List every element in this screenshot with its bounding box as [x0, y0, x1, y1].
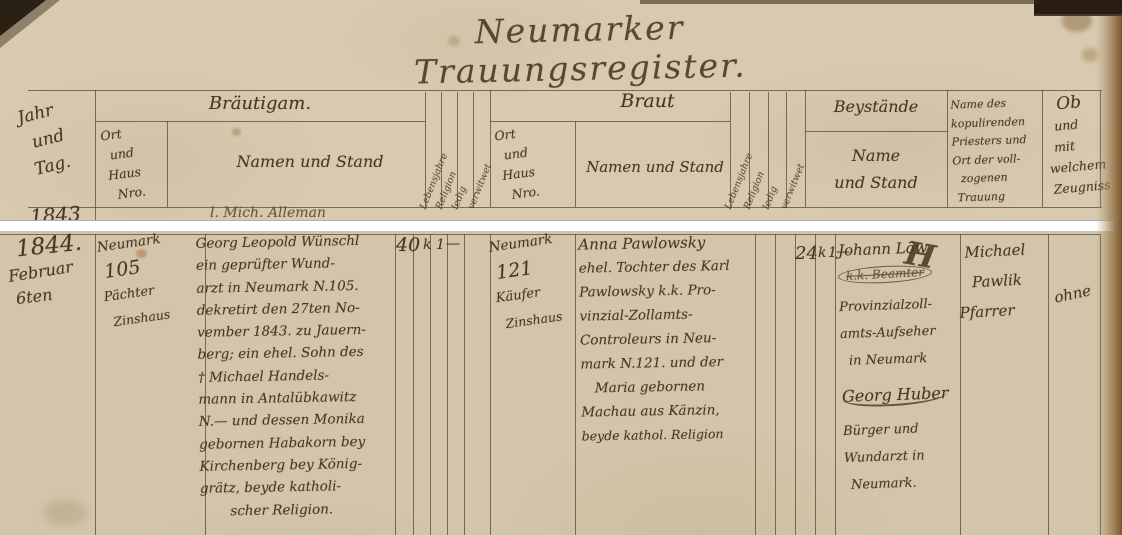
entry-groom-place: Neumark 105 Pächter Zinshaus — [95, 227, 172, 335]
header-witnesses-group: Beystände — [805, 97, 947, 116]
entry-bride-religion: k — [818, 245, 826, 261]
header-bride-name-stand: Namen und Stand — [580, 158, 730, 176]
header-priest-line: Trauung — [953, 186, 1046, 208]
entry-witness-2-name: Georg Huber — [842, 383, 949, 406]
entry-bride-line: beyde kathol. Religion — [581, 421, 761, 448]
column-rule — [430, 234, 431, 535]
column-rule — [1048, 234, 1049, 535]
entry-bride-line: Controleurs in Neu- — [580, 325, 760, 352]
table-rule — [95, 121, 425, 122]
entry-groom-line: scher Religion. — [200, 497, 405, 523]
book-edge-dark — [1034, 0, 1122, 16]
entry-groom-widowed: — — [446, 236, 460, 252]
entry-witness-line: in Neumark — [841, 344, 962, 375]
partial-row-fragment: l. Mich. Alleman — [210, 205, 440, 221]
table-rule — [28, 207, 1102, 208]
column-rule — [464, 234, 465, 535]
column-rule — [447, 234, 448, 535]
entry-bride-line: ehel. Tochter des Karl — [579, 253, 759, 280]
entry-bride-line: mark N.121. und der — [580, 349, 760, 376]
entry-witness-line: Wundarzt in — [844, 441, 965, 472]
register-page: Neumarker Trauungsregister. Jahr und Tag… — [0, 0, 1122, 535]
entry-bride-line: Maria gebornen — [581, 373, 761, 400]
header-witnesses-sub-line: Name — [805, 142, 947, 169]
entry-bride-age: 24 — [795, 243, 818, 264]
page-title: Neumarker Trauungsregister. — [339, 5, 821, 93]
page-stain — [232, 128, 241, 136]
column-rule — [413, 234, 414, 535]
entry-witness-1-stand: Provinzialzoll- amts-Aufseher in Neumark — [839, 290, 962, 375]
column-rule — [167, 121, 168, 207]
page-edge — [1096, 0, 1122, 535]
column-rule — [95, 234, 96, 535]
entry-witness-line: Bürger und — [843, 414, 964, 445]
page-stain — [136, 249, 147, 258]
header-witnesses-sub-line: und Stand — [805, 169, 947, 196]
book-edge-line — [640, 0, 1040, 4]
page-stain — [1082, 48, 1098, 62]
page-stain — [44, 500, 86, 526]
entry-witness-line: Provinzialzoll- — [839, 290, 960, 321]
column-rule — [775, 234, 776, 535]
entry-groom-religion: k — [423, 237, 431, 253]
header-priest: Name des kopulirenden Priesters und Ort … — [950, 93, 1046, 207]
entry-groom-single: 1 — [436, 237, 445, 253]
entry-priest: Michael Pawlik Pfarrer — [964, 234, 1029, 327]
column-rule — [947, 90, 948, 207]
entry-groom-name-stand: Georg Leopold Wünschl ein geprüfter Wund… — [195, 229, 405, 522]
entry-witness-line: amts-Aufseher — [840, 317, 961, 348]
header-groom-name-stand: Namen und Stand — [200, 152, 420, 171]
header-witnesses-sub: Name und Stand — [805, 142, 947, 196]
column-rule — [835, 234, 836, 535]
entry-priest-line: Pfarrer — [959, 294, 1029, 328]
header-bride-group: Braut — [490, 90, 805, 112]
entry-bride-line: Anna Pawlowsky — [578, 229, 758, 256]
entry-groom-age: 40 — [396, 234, 420, 256]
page-stain — [448, 36, 460, 46]
entry-witness-2-stand: Bürger und Wundarzt in Neumark. — [843, 414, 966, 499]
column-rule — [575, 121, 576, 207]
entry-witness-line: Neumark. — [845, 468, 966, 499]
column-rule — [575, 234, 576, 535]
column-rule — [490, 234, 491, 535]
column-rule — [795, 234, 796, 535]
header-groom-group: Bräutigam. — [95, 93, 425, 114]
column-rule — [815, 234, 816, 535]
entry-bride-line: Pawlowsky k.k. Pro- — [579, 277, 759, 304]
table-rule — [805, 131, 947, 132]
entry-bride-line: vinzial-Zollamts- — [579, 301, 759, 328]
entry-priest-line: Michael — [964, 234, 1026, 267]
entry-priest-line: Pawlik — [965, 264, 1027, 297]
entry-bride-line: Machau aus Känzin, — [581, 397, 761, 424]
entry-bride-name-stand: Anna Pawlowsky ehel. Tochter des Karl Pa… — [578, 229, 762, 448]
